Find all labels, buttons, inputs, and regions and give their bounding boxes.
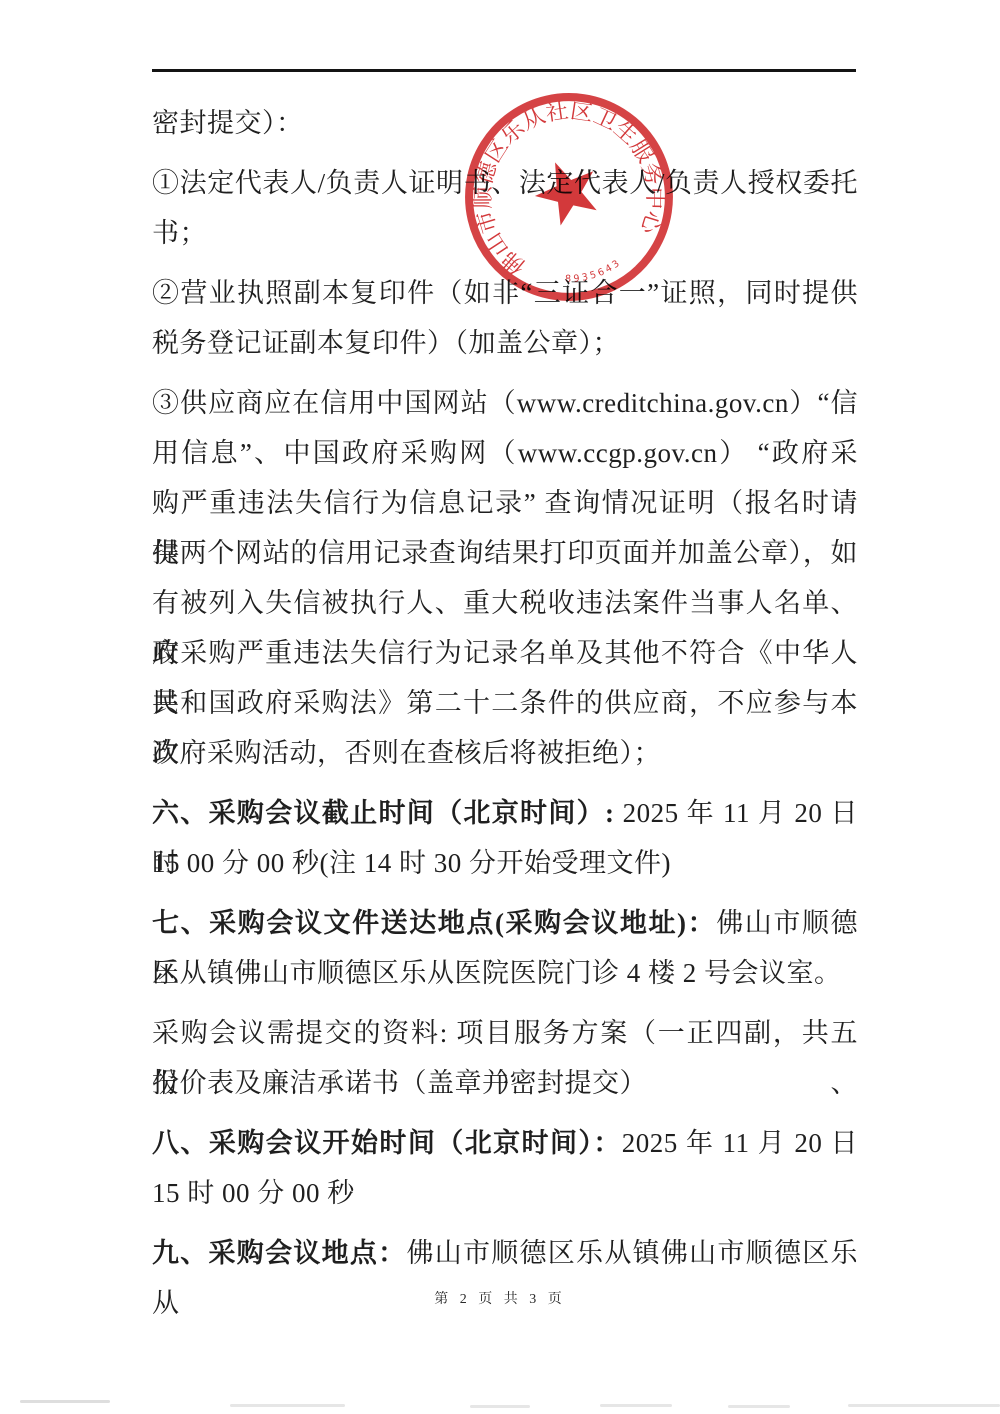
scan-artifact (230, 1404, 345, 1407)
scan-artifact (20, 1400, 110, 1403)
scan-artifact (600, 1404, 672, 1407)
document-body: 密封提交）：①法定代表人/负责人证明书、法定代表人/负责人授权委托书；②营业执照… (152, 98, 858, 1278)
text-segment: ③供应商应在信用中国网站（www.creditchina.gov.cn）“信 (152, 388, 858, 418)
scan-artifact (848, 1404, 1000, 1407)
text-line: 共和国政府采购法》第二十二条件的供应商，不应参与本次 (152, 678, 858, 728)
scan-artifact (728, 1405, 790, 1408)
text-line: 乐从镇佛山市顺德区乐从医院医院门诊 4 楼 2 号会议室。 (152, 948, 858, 998)
text-line: 时 00 分 00 秒(注 14 时 30 分开始受理文件) (152, 838, 858, 888)
text-segment: 政府采购活动，否则在查核后将被拒绝）； (152, 738, 661, 768)
text-line: 政府采购活动，否则在查核后将被拒绝）； (152, 728, 858, 778)
text-line: 八、采购会议开始时间（北京时间）：2025 年 11 月 20 日 (152, 1118, 858, 1168)
text-line: ③供应商应在信用中国网站（www.creditchina.gov.cn）“信 (152, 378, 858, 428)
text-segment: 八、采购会议开始时间（北京时间）： (152, 1128, 622, 1158)
text-segment: 供两个网站的信用记录查询结果打印页面并加盖公章），如 (152, 538, 858, 568)
text-line: 密封提交）： (152, 98, 858, 148)
text-line: 用信息”、中国政府采购网（www.ccgp.gov.cn） “政府采 (152, 428, 858, 478)
text-line: 九、采购会议地点：佛山市顺德区乐从镇佛山市顺德区乐从 (152, 1228, 858, 1278)
text-line: ②营业执照副本复印件（如非“三证合一”证照，同时提供 (152, 268, 858, 318)
text-segment: ①法定代表人/负责人证明书、法定代表人/负责人授权委托 (152, 168, 858, 198)
text-segment: 六、采购会议截止时间（北京时间）: (152, 798, 623, 828)
text-segment: 报价表及廉洁承诺书（盖章并密封提交） (152, 1068, 647, 1098)
text-line: 15 时 00 分 00 秒 (152, 1168, 858, 1218)
text-line: 书； (152, 208, 858, 258)
text-line: 供两个网站的信用记录查询结果打印页面并加盖公章），如 (152, 528, 858, 578)
text-segment: 九、采购会议地点： (152, 1238, 406, 1268)
text-segment: 时 00 分 00 秒(注 14 时 30 分开始受理文件) (152, 848, 671, 878)
text-segment: 税务登记证副本复印件）（加盖公章）； (152, 328, 620, 358)
scan-artifact (470, 1405, 530, 1408)
text-line: 七、采购会议文件送达地点(采购会议地址)：佛山市顺德区 (152, 898, 858, 948)
text-line: 采购会议需提交的资料: 项目服务方案（一正四副，共五份）、 (152, 1008, 858, 1058)
text-segment: ②营业执照副本复印件（如非“三证合一”证照，同时提供 (152, 278, 858, 308)
text-line: 六、采购会议截止时间（北京时间）: 2025 年 11 月 20 日 15 (152, 788, 858, 838)
text-line: ①法定代表人/负责人证明书、法定代表人/负责人授权委托 (152, 158, 858, 208)
text-line: 府采购严重违法失信行为记录名单及其他不符合《中华人民 (152, 628, 858, 678)
text-segment: 书； (152, 218, 207, 248)
text-line: 税务登记证副本复印件）（加盖公章）； (152, 318, 858, 368)
text-line: 购严重违法失信行为信息记录” 查询情况证明（报名时请提 (152, 478, 858, 528)
text-segment: 密封提交）： (152, 108, 304, 138)
document-page: 密封提交）：①法定代表人/负责人证明书、法定代表人/负责人授权委托书；②营业执照… (0, 0, 1000, 1414)
text-segment: 用信息”、中国政府采购网（www.ccgp.gov.cn） “政府采 (152, 438, 858, 468)
header-rule (152, 69, 856, 72)
text-segment: 七、采购会议文件送达地点(采购会议地址)： (152, 908, 716, 938)
text-segment: 2025 年 11 月 20 日 (622, 1128, 858, 1158)
text-segment: 15 时 00 分 00 秒 (152, 1178, 355, 1208)
text-segment: 乐从镇佛山市顺德区乐从医院医院门诊 4 楼 2 号会议室。 (152, 958, 842, 988)
text-line: 有被列入失信被执行人、重大税收违法案件当事人名单、政 (152, 578, 858, 628)
page-number: 第 2 页 共 3 页 (0, 1288, 1000, 1308)
